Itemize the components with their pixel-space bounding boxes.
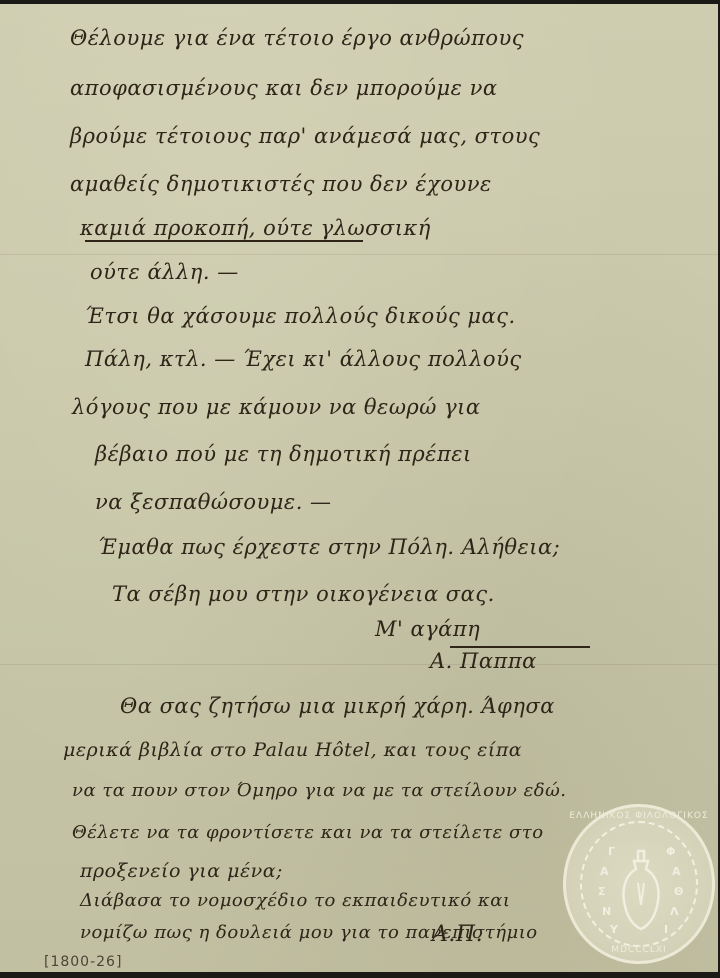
signature: Α. Παππα [430, 649, 537, 673]
text-line: μερικά βιβλία στο Palau Hôtel, και τους … [63, 739, 522, 761]
seal-letter: Ι [664, 923, 668, 936]
text-line: Πάλη, κτλ. — Έχει κι' άλλους πολλούς [85, 347, 522, 371]
seal-letter: Α [600, 865, 609, 878]
text-line: να τα πουν στον Όμηρο για να με τα στείλ… [72, 780, 566, 801]
text-line: αμαθείς δημοτικιστές που δεν έχουνε [70, 172, 492, 196]
seal-letter: Σ [598, 885, 606, 898]
letter-page: Θέλουμε για ένα τέτοιο έργο ανθρώπους απ… [0, 4, 718, 972]
amphora-icon [616, 847, 666, 937]
library-stamp-seal: ΕΛΛΗΝΙΚΟΣ ΦΙΛΟΛΟΓΙΚΟΣ MDCCCLXI Γ Φ Α Α Σ… [563, 804, 715, 964]
text-line: Διάβασα το νομοσχέδιο το εκπαιδευτικό κα… [80, 890, 510, 911]
text-line: βρούμε τέτοιους παρ' ανάμεσά μας, στους [70, 124, 540, 148]
closing-text: Μ' αγάπη [375, 617, 480, 641]
text-line: Τα σέβη μου στην οικογένεια σας. [112, 582, 495, 606]
paper-fold-line [0, 664, 718, 665]
text-line: λόγους που με κάμουν να θεωρώ για [72, 395, 481, 419]
seal-top-text: ΕΛΛΗΝΙΚΟΣ ΦΙΛΟΛΟΓΙΚΟΣ [566, 811, 712, 821]
seal-letter: Ν [602, 905, 611, 918]
text-line: προξενείο για μένα; [80, 860, 283, 882]
postscript-initials: Α.Π. [432, 922, 483, 947]
seal-letter: Υ [610, 923, 618, 936]
seal-letter: Φ [666, 845, 675, 858]
text-line: Έτσι θα χάσουμε πολλούς δικούς μας. [85, 304, 516, 328]
catalog-number: [1800-26] [44, 954, 122, 970]
seal-letter: Θ [674, 885, 683, 898]
seal-bottom-text: MDCCCLXI [566, 945, 712, 955]
text-line: ούτε άλλη. — [90, 260, 239, 284]
signature-overline [450, 646, 590, 648]
text-line: Έμαθα πως έρχεστε στην Πόλη. Αλήθεια; [98, 535, 560, 559]
seal-letter: Λ [670, 905, 679, 918]
text-line: Θέλετε να τα φροντίσετε και να τα στείλε… [72, 822, 544, 843]
seal-letter: Α [672, 865, 681, 878]
text-line: βέβαιο πού με τη δημοτική πρέπει [95, 442, 472, 466]
underline-stroke [85, 240, 363, 242]
text-line: Θα σας ζητήσω μια μικρή χάρη. Άφησα [120, 694, 555, 718]
text-line: καμιά προκοπή, ούτε γλωσσική [80, 216, 431, 240]
seal-letter: Γ [608, 845, 615, 858]
text-line: αποφασισμένους και δεν μπορούμε να [70, 76, 498, 100]
text-line: Θέλουμε για ένα τέτοιο έργο ανθρώπους [70, 26, 524, 50]
text-line: να ξεσπαθώσουμε. — [95, 490, 332, 514]
paper-fold-line [0, 254, 718, 255]
